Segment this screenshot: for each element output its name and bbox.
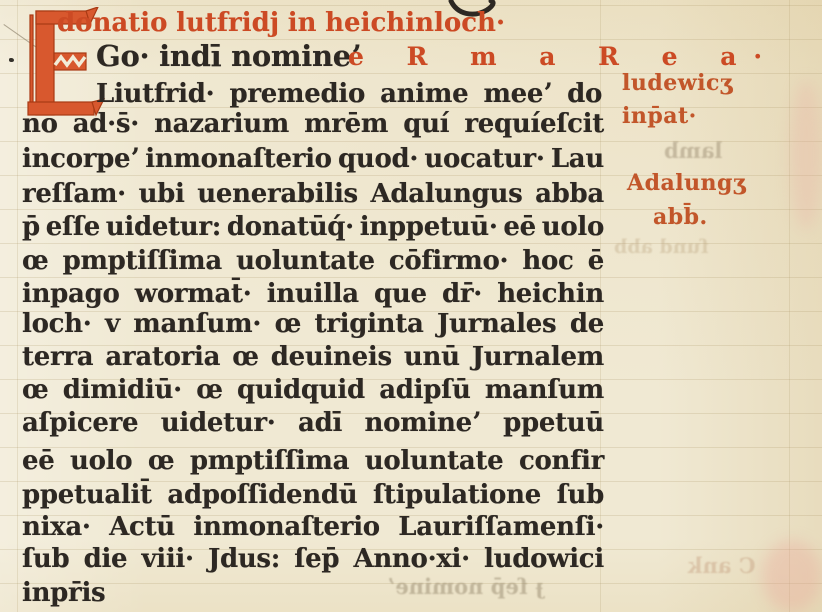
text-line: ſubdieviii·Jdus:ſep̄Anno·xi·ludowici xyxy=(22,543,604,576)
text-line: inpr̄is xyxy=(22,577,105,610)
word: ē xyxy=(588,245,604,278)
ruling-vertical-right xyxy=(789,0,790,612)
word: Jurnalem xyxy=(472,341,604,374)
word: quod· xyxy=(338,143,418,176)
text-line: œpmptiſſimauoluntatecōfirmo·hocē xyxy=(22,245,604,278)
word: meeʼ xyxy=(483,78,551,111)
word: adpoſſidendū xyxy=(167,479,357,512)
word: manſum xyxy=(485,374,604,407)
word: Jdus: xyxy=(208,543,280,576)
text-line: terraaratoriaœdeuineisunūJurnalem xyxy=(22,341,604,374)
showthrough-text: ſund abb xyxy=(614,236,709,258)
word: œ xyxy=(22,374,48,407)
text-line: loch·vmanſum·œtrigintaJurnalesde xyxy=(22,308,604,341)
text-line: incorpeʼinmonaſterioquod·uocatur·Lau xyxy=(22,143,604,176)
word: ſep̄ xyxy=(294,543,339,576)
word: premedio xyxy=(230,78,365,111)
text-line: p̄eſſeuidetur:donatūq́·inppetuū·eēuolo xyxy=(22,211,604,244)
word: inppetuū· xyxy=(360,211,498,244)
word: Lauriſſamenſi· xyxy=(398,511,604,544)
word: uoluntate xyxy=(236,245,375,278)
margin-note-adalung: Adalungʒ xyxy=(627,170,746,196)
word: ſub xyxy=(22,543,69,576)
word: ad·s̄· xyxy=(73,108,139,141)
word: ſtipulatione xyxy=(373,479,541,512)
text-line: eēuoloœpmptiſſimauoluntateconfir xyxy=(22,445,604,478)
word: inpago xyxy=(22,278,120,311)
showthrough-text: ɟ ſep̄ nomineʼ xyxy=(388,574,543,599)
text-line: noad·s̄·nazariummrēmquírequíeſcit xyxy=(22,108,604,141)
showthrough-text: C ank xyxy=(688,553,755,578)
word: deuineis xyxy=(271,341,392,374)
word: heichin xyxy=(497,278,604,311)
word: mrēm xyxy=(304,108,388,141)
text-line: Liutfrid·premedioanimemeeʼdo xyxy=(96,78,602,111)
word: ubi xyxy=(139,178,185,211)
word: confir xyxy=(519,445,604,478)
word: nazarium xyxy=(154,108,289,141)
word: Anno·xi· xyxy=(353,543,469,576)
word: Liutfrid· xyxy=(96,78,214,111)
spaced-red-letters: e R m a R e a· xyxy=(348,40,779,73)
word: ppetuū xyxy=(503,407,604,440)
text-line: reſſam·ubiuenerabilisAdalungusabba xyxy=(22,178,604,211)
word: hoc xyxy=(522,245,573,278)
word: uenerabilis xyxy=(197,178,358,211)
word: uolo xyxy=(70,445,132,478)
margin-note-abbas: abb̄. xyxy=(653,204,708,230)
text-line: ppetualit̄adpoſſidendūſtipulationeſub xyxy=(22,479,604,512)
ink-speck xyxy=(9,58,14,62)
word: donatūq́· xyxy=(227,211,354,244)
text-line: œdimidiū·œquidquidadipſūmanſum xyxy=(22,374,604,407)
rubric-word: heichinloch· xyxy=(325,6,505,40)
word: Jurnales xyxy=(437,308,556,341)
word: pmptiſſima xyxy=(63,245,222,278)
word: inmonaſterio xyxy=(145,143,331,176)
word: eē xyxy=(503,211,535,244)
word: Actū xyxy=(109,511,175,544)
word: adipſū xyxy=(379,374,470,407)
word: ludowici xyxy=(484,543,604,576)
word: incorpeʼ xyxy=(22,143,139,176)
word: inmonaſterio xyxy=(193,511,379,544)
rubric-word: donatio xyxy=(57,6,168,40)
word: eē xyxy=(22,445,54,478)
word: que xyxy=(374,278,427,311)
word: eſſe xyxy=(46,211,100,244)
word: quí xyxy=(403,108,449,141)
word: cōfirmo· xyxy=(389,245,508,278)
margin-note-imperator: inp̄at· xyxy=(622,103,697,129)
word: uidetur· xyxy=(161,407,276,440)
rubric-title: donatio lutfridj in heichinloch· xyxy=(57,6,505,40)
word: uocatur· xyxy=(424,143,544,176)
word: die xyxy=(84,543,128,576)
word: aratoria xyxy=(105,341,220,374)
word: terra xyxy=(22,341,93,374)
text-line: aſpicereuidetur·adīnomineʼppetuū xyxy=(22,407,604,440)
word: do xyxy=(567,78,602,111)
word: aſpicere xyxy=(22,407,138,440)
word: triginta xyxy=(315,308,424,341)
word: de xyxy=(570,308,604,341)
word: uolo xyxy=(542,211,604,244)
word: wormat̄· xyxy=(135,278,252,311)
word: œ xyxy=(232,341,258,374)
word: nomineʼ xyxy=(365,407,481,440)
showthrough-text: lamb xyxy=(664,138,723,163)
word: œ xyxy=(148,445,174,478)
word: uoluntate xyxy=(365,445,504,478)
ruling-vertical-left xyxy=(17,0,18,612)
rubric-word: in xyxy=(288,6,317,40)
word: v xyxy=(105,308,120,341)
pink-smudge xyxy=(762,540,822,612)
word: p̄ xyxy=(22,211,40,244)
word: ppetualit̄ xyxy=(22,479,152,512)
margin-note-ludewic: ludewicʒ xyxy=(622,70,733,96)
word: quidquid xyxy=(237,374,365,407)
word: ſub xyxy=(557,479,604,512)
pink-smudge xyxy=(790,80,822,230)
word: requíeſcit xyxy=(464,108,604,141)
word: œ xyxy=(22,245,48,278)
word: no xyxy=(22,108,58,141)
word: nixa· xyxy=(22,511,91,544)
word: inuilla xyxy=(267,278,359,311)
text-line: inpagowormat̄·inuillaquedr̄·heichin xyxy=(22,278,604,311)
word: unū xyxy=(404,341,460,374)
word: dr̄· xyxy=(442,278,482,311)
word: dimidiū· xyxy=(63,374,182,407)
rubric-word: lutfridj xyxy=(176,6,279,40)
opening-line: Go· indī nomineʼ xyxy=(96,40,361,73)
word: anime xyxy=(380,78,468,111)
word: manſum· xyxy=(133,308,261,341)
word: abba xyxy=(535,178,604,211)
text-line: nixa·ActūinmonaſterioLauriſſamenſi· xyxy=(22,511,604,544)
word: adī xyxy=(298,407,342,440)
word: Adalungus xyxy=(371,178,523,211)
word: œ xyxy=(275,308,301,341)
word: œ xyxy=(196,374,222,407)
word: loch· xyxy=(22,308,92,341)
word: uidetur: xyxy=(106,211,221,244)
manuscript-page: lamb ſund abb ɟ ſep̄ nomineʼ C ank donat… xyxy=(0,0,822,612)
word: pmptiſſima xyxy=(190,445,349,478)
word: viii· xyxy=(141,543,193,576)
word: Lau xyxy=(551,143,604,176)
word: reſſam· xyxy=(22,178,126,211)
